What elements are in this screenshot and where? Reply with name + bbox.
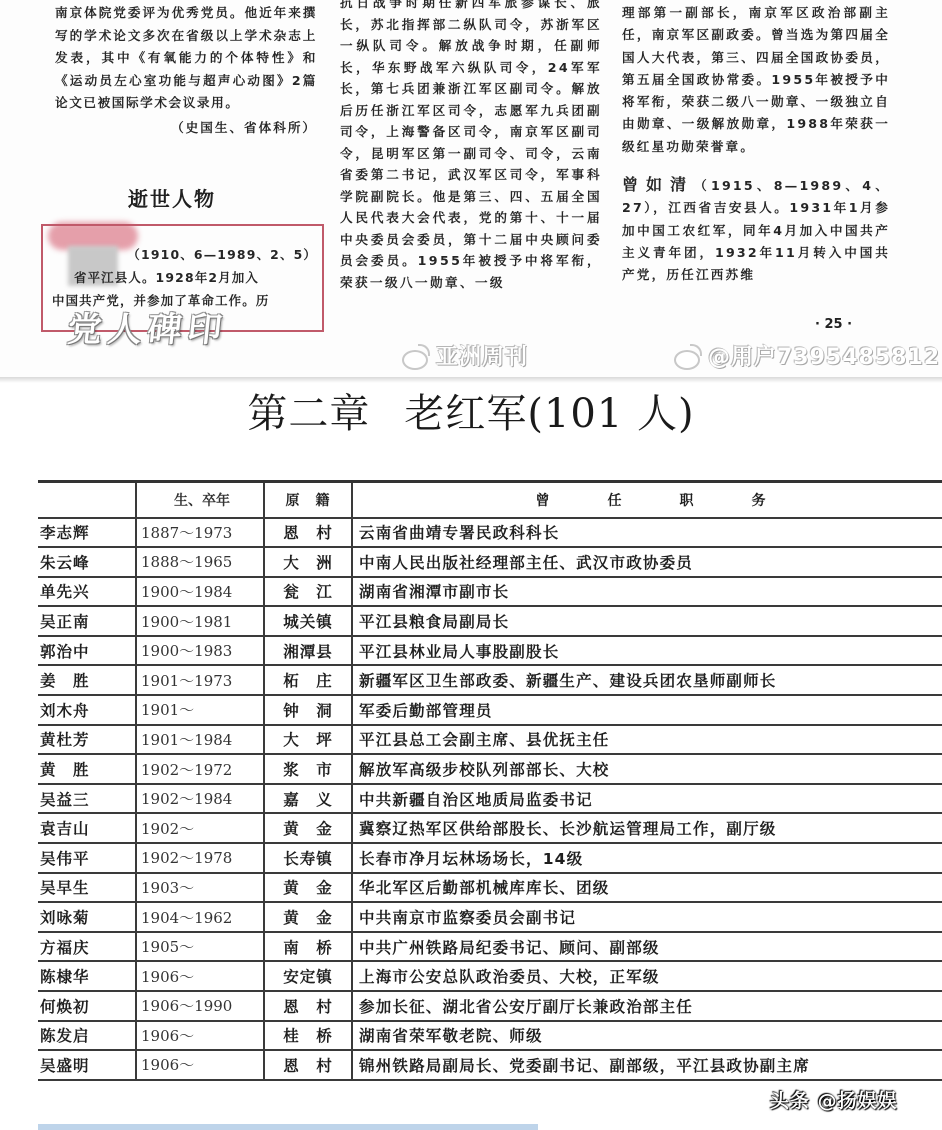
weibo-watermark: @用户7395485812 [672,340,940,371]
table-row: 方福庆1905～南 桥中共广州铁路局纪委书记、顾问、副部级 [38,932,942,962]
text-column-middle: 抗日战争时期任新四军旅参谋长、旅长，苏北指挥部二纵队司令，苏浙军区一纵队司令。解… [340,0,602,293]
cell-origin: 嘉 义 [264,784,352,814]
table-row: 单先兴1900～1984瓮 江湖南省湘潭市副市长 [38,577,942,607]
cell-post: 冀察辽热军区供给部股长、长沙航运管理局工作，副厅级 [352,813,942,843]
veterans-table: 生、卒年 原 籍 曾任职务 李志辉1887～1973恩 村云南省曲靖专署民政科科… [38,480,942,1081]
cell-years: 1902～1978 [136,843,264,873]
chapter-title: 第二章老红军(101 人) [0,382,942,439]
chapter-name: 老红军(101 人) [404,391,694,437]
cell-post: 湖南省湘潭市副市长 [352,577,942,607]
table-row: 李志辉1887～1973恩 村云南省曲靖专署民政科科长 [38,518,942,548]
cell-name: 朱云峰 [38,547,136,577]
biography-entry: 曾如清（1915、8—1989、4、27），江西省吉安县人。1931年1月参加中… [622,174,890,286]
cell-post: 中共新疆自治区地质局监委书记 [352,784,942,814]
cell-origin: 黄 金 [264,902,352,932]
cell-name: 方福庆 [38,932,136,962]
cell-name: 姜 胜 [38,665,136,695]
column-paragraph: 抗日战争时期任新四军旅参谋长、旅长，苏北指挥部二纵队司令，苏浙军区一纵队司令。解… [340,0,602,293]
table-row: 姜 胜1901～1973柘 庄新疆军区卫生部政委、新疆生产、建设兵团农垦师副师长 [38,665,942,695]
cell-years: 1904～1962 [136,902,264,932]
header-name [38,482,136,518]
text-column-right: 理部第一副部长，南京军区政治部副主任，南京军区副政委。曾当选为第四届全国人大代表… [622,2,890,287]
table-row: 袁吉山1902～黄 金冀察辽热军区供给部股长、长沙航运管理局工作，副厅级 [38,813,942,843]
table-row: 黄杜芳1901～1984大 坪平江县总工会副主席、县优抚主任 [38,725,942,755]
table-body: 李志辉1887～1973恩 村云南省曲靖专署民政科科长 朱云峰1888～1965… [38,518,942,1080]
weibo-logo-icon [672,344,702,368]
table-row: 吴益三1902～1984嘉 义中共新疆自治区地质局监委书记 [38,784,942,814]
header-years: 生、卒年 [136,482,264,518]
cell-years: 1906～1990 [136,991,264,1021]
cell-post: 上海市公安总队政治委员、大校，正军级 [352,961,942,991]
cell-origin: 长寿镇 [264,843,352,873]
cell-years: 1900～1981 [136,606,264,636]
cell-years: 1887～1973 [136,518,264,548]
page-number: · 25 · [815,317,852,332]
cell-post: 云南省曲靖专署民政科科长 [352,518,942,548]
cell-origin: 城关镇 [264,606,352,636]
entry-name: 曾如清 [622,175,694,194]
column-paragraph: 理部第一副部长，南京军区政治部副主任，南京军区副政委。曾当选为第四届全国人大代表… [622,2,890,158]
cell-years: 1901～ [136,695,264,725]
cell-name: 刘咏菊 [38,902,136,932]
cell-origin: 瓮 江 [264,577,352,607]
cell-origin: 南 桥 [264,932,352,962]
cell-post: 平江县粮食局副局长 [352,606,942,636]
cell-post: 中共南京市监察委员会副书记 [352,902,942,932]
cell-post: 军委后勤部管理员 [352,695,942,725]
cell-post: 平江县林业局人事股副股长 [352,636,942,666]
cell-post: 长春市净月坛林场场长，14级 [352,843,942,873]
cell-origin: 钟 洞 [264,695,352,725]
cell-origin: 桂 桥 [264,1021,352,1051]
table-header-row: 生、卒年 原 籍 曾任职务 [38,482,942,518]
cell-name: 陈发启 [38,1021,136,1051]
cell-name: 李志辉 [38,518,136,548]
cell-origin: 大 洲 [264,547,352,577]
column-paragraph: 南京体院党委评为优秀党员。他近年来撰写的学术论文多次在省级以上学术杂志上发表，其… [55,2,317,115]
table-row: 陈棣华1906～安定镇上海市公安总队政治委员、大校，正军级 [38,961,942,991]
cell-origin: 浆 市 [264,754,352,784]
table-row: 朱云峰1888～1965大 洲中南人民出版社经理部主任、武汉市政协委员 [38,547,942,577]
cell-name: 刘木舟 [38,695,136,725]
cell-origin: 大 坪 [264,725,352,755]
cell-years: 1906～ [136,961,264,991]
section-heading: 逝世人物 [128,183,216,212]
cell-post: 中南人民出版社经理部主任、武汉市政协委员 [352,547,942,577]
cell-years: 1905～ [136,932,264,962]
cell-years: 1902～1972 [136,754,264,784]
cell-post: 新疆军区卫生部政委、新疆生产、建设兵团农垦师副师长 [352,665,942,695]
selection-highlight [38,1124,538,1130]
cell-years: 1903～ [136,873,264,903]
cell-name: 袁吉山 [38,813,136,843]
cell-post: 中共广州铁路局纪委书记、顾问、副部级 [352,932,942,962]
table-row: 吴早生1903～黄 金华北军区后勤部机械库库长、团级 [38,873,942,903]
table-row: 陈发启1906～桂 桥湖南省荣军敬老院、师级 [38,1021,942,1051]
cell-years: 1900～1983 [136,636,264,666]
table-row: 何焕初1906～1990恩 村参加长征、湖北省公安厅副厅长兼政治部主任 [38,991,942,1021]
table-row: 吴正南1900～1981城关镇平江县粮食局副局长 [38,606,942,636]
text-column-left: 南京体院党委评为优秀党员。他近年来撰写的学术论文多次在省级以上学术杂志上发表，其… [55,2,317,139]
cell-name: 黄杜芳 [38,725,136,755]
watermark-text: @用户7395485812 [708,340,940,371]
cell-origin: 黄 金 [264,813,352,843]
cell-post: 参加长征、湖北省公安厅副厅长兼政治部主任 [352,991,942,1021]
cell-name: 吴益三 [38,784,136,814]
table-row: 刘咏菊1904～1962黄 金中共南京市监察委员会副书记 [38,902,942,932]
cell-years: 1906～ [136,1050,264,1080]
stamp-watermark: 党人碑印 [65,302,230,351]
cell-origin: 恩 村 [264,518,352,548]
cell-origin: 安定镇 [264,961,352,991]
cell-post: 解放军高级步校队列部部长、大校 [352,754,942,784]
weibo-watermark: 亚洲周刊 [400,340,528,371]
cell-post: 华北军区后勤部机械库库长、团级 [352,873,942,903]
cell-name: 吴盛明 [38,1050,136,1080]
cell-name: 何焕初 [38,991,136,1021]
cell-post: 锦州铁路局副局长、党委副书记、副部级，平江县政协副主席 [352,1050,942,1080]
cell-origin: 恩 村 [264,1050,352,1080]
cell-years: 1902～1984 [136,784,264,814]
cell-years: 1902～ [136,813,264,843]
cell-years: 1906～ [136,1021,264,1051]
cell-name: 吴早生 [38,873,136,903]
watermark-text: 亚洲周刊 [436,340,528,371]
table-row: 吴盛明1906～恩 村锦州铁路局副局长、党委副书记、副部级，平江县政协副主席 [38,1050,942,1080]
cell-years: 1901～1973 [136,665,264,695]
chapter-number: 第二章 [247,391,370,437]
source-watermark: 头条 @扬娱娱 [770,1086,898,1113]
header-origin: 原 籍 [264,482,352,518]
cell-origin: 湘潭县 [264,636,352,666]
cell-post: 平江县总工会副主席、县优抚主任 [352,725,942,755]
cell-name: 陈棣华 [38,961,136,991]
table-row: 郭治中1900～1983湘潭县平江县林业局人事股副股长 [38,636,942,666]
cell-name: 吴正南 [38,606,136,636]
cell-years: 1888～1965 [136,547,264,577]
cell-name: 吴伟平 [38,843,136,873]
cell-name: 黄 胜 [38,754,136,784]
table-row: 吴伟平1902～1978长寿镇长春市净月坛林场场长，14级 [38,843,942,873]
scanned-page-top: 南京体院党委评为优秀党员。他近年来撰写的学术论文多次在省级以上学术杂志上发表，其… [0,0,942,378]
cell-years: 1901～1984 [136,725,264,755]
cell-name: 单先兴 [38,577,136,607]
table-row: 刘木舟1901～钟 洞军委后勤部管理员 [38,695,942,725]
weibo-logo-icon [400,344,430,368]
cell-years: 1900～1984 [136,577,264,607]
cell-name: 郭治中 [38,636,136,666]
cell-origin: 恩 村 [264,991,352,1021]
author-byline: （史国生、省体科所） [55,117,317,140]
cell-post: 湖南省荣军敬老院、师级 [352,1021,942,1051]
header-post: 曾任职务 [352,482,942,518]
table-row: 黄 胜1902～1972浆 市解放军高级步校队列部部长、大校 [38,754,942,784]
cell-origin: 柘 庄 [264,665,352,695]
cell-origin: 黄 金 [264,873,352,903]
